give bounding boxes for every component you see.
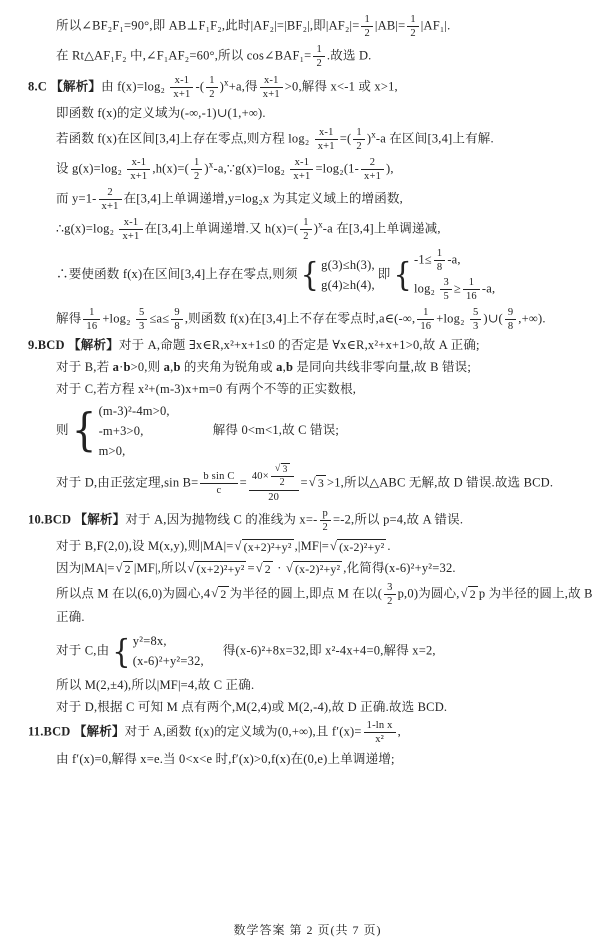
fraction-denominator: x+1 (119, 230, 142, 243)
fraction-denominator: 2 (313, 57, 324, 70)
radicand: 2 (123, 561, 133, 577)
bold-text: a (164, 360, 170, 374)
square-root: √2 (211, 586, 228, 602)
bold-text: b (286, 360, 293, 374)
text-line: ∴要使函数 f(x)在区间[3,4]上存在零点,则须{g(3)≤h(3),g(4… (28, 247, 599, 304)
fraction: 98 (505, 306, 516, 333)
left-brace: { (393, 250, 412, 300)
fraction-numerator: 2 (99, 186, 122, 200)
radicand: (x+2)²+y² (194, 561, 246, 577)
fraction-denominator: 8 (171, 320, 182, 333)
text-line: 设 g(x)=log₂ x-1x+1,h(x)=(12)x-a,∵g(x)=lo… (28, 156, 599, 183)
fraction-numerator: 1 (463, 276, 480, 290)
fraction-denominator: 2 (271, 477, 294, 490)
fraction-numerator: p (320, 507, 331, 521)
superscript: x (318, 220, 323, 230)
fraction-denominator: x+1 (170, 88, 193, 101)
fraction-denominator: x+1 (260, 88, 283, 101)
fraction-denominator: 8 (434, 261, 445, 274)
fraction: 12 (191, 156, 202, 183)
fraction-numerator: 3 (384, 581, 395, 595)
equation-system-row: -1≤18-a, (414, 247, 495, 274)
fraction-numerator: 5 (136, 306, 147, 320)
left-brace: { (112, 626, 131, 676)
fraction-denominator: 8 (505, 320, 516, 333)
square-root: √2 (256, 561, 273, 577)
fraction: 116 (83, 306, 100, 333)
text-line: 则{(m-3)²-4m>0,-m+3>0,m>0,解得 0<m<1,故 C 错误… (28, 402, 599, 460)
fraction-denominator: 2 (384, 595, 395, 608)
bold-text: b (123, 360, 130, 374)
text-line: 所以∠BF₂F₁=90°,即 AB⊥F₁F₂,此时|AF₂|=|BF₂|,即|A… (28, 13, 599, 40)
fraction: x-1x+1 (127, 156, 150, 183)
fraction-denominator: c (200, 484, 237, 497)
fraction-denominator: x+1 (127, 170, 150, 183)
fraction-denominator: 2 (206, 88, 217, 101)
radical-sign-icon: √ (187, 561, 194, 576)
fraction-numerator: 3 (440, 276, 451, 290)
superscript: x (209, 159, 214, 169)
radicand: 3 (281, 463, 290, 476)
bold-text: 11.BCD 【解析】 (28, 725, 125, 739)
radical-sign-icon: √ (309, 475, 316, 490)
fraction-denominator: x+1 (315, 140, 338, 153)
text-line: 所以点 M 在以(6,0)为圆心,4√2为半径的圆上,即点 M 在以(32p,0… (28, 581, 599, 627)
bold-text: a (113, 360, 119, 374)
equation-system-row: m>0, (99, 442, 170, 460)
text-line: 对于 B,F(2,0),设 M(x,y),则|MA|=√(x+2)²+y²,|M… (28, 537, 599, 556)
fraction-denominator: 2 (407, 27, 418, 40)
fraction-denominator: x+1 (99, 200, 122, 213)
fraction-numerator: x-1 (260, 74, 283, 88)
bold-text: 9.BCD 【解析】 (28, 338, 119, 352)
fraction-numerator: x-1 (127, 156, 150, 170)
fraction-numerator: x-1 (290, 156, 313, 170)
left-brace: { (72, 397, 97, 464)
fraction-denominator: 2 (361, 27, 372, 40)
fraction: 18 (434, 247, 445, 274)
fraction: 35 (440, 276, 451, 303)
left-brace: { (301, 250, 320, 300)
fraction: p2 (320, 507, 331, 534)
equation-system: {g(3)≤h(3),g(4)≥h(4), (301, 253, 375, 296)
square-root: √3 (309, 475, 326, 491)
fraction: x-1x+1 (315, 126, 338, 153)
text-line: 若函数 f(x)在区间[3,4]上存在零点,则方程 log₂ x-1x+1=(1… (28, 126, 599, 153)
superscript: x (371, 129, 376, 139)
fraction-denominator: x² (364, 733, 396, 746)
bold-text: 10.BCD 【解析】 (28, 512, 125, 526)
fraction-numerator: 40×√32 (249, 463, 299, 491)
fraction-denominator: 2 (320, 521, 331, 534)
text-line: 对于 B,若 a·b>0,则 a,b 的夹角为锐角或 a,b 是同向共线非零向量… (28, 358, 599, 377)
fraction-denominator: 2 (353, 140, 364, 153)
radicand: (x-2)²+y² (337, 539, 386, 555)
square-root: √3 (275, 463, 290, 476)
fraction-denominator: 20 (249, 491, 299, 504)
radicand: 2 (218, 586, 228, 602)
equation-system-row: (x-6)²+y²=32, (133, 652, 204, 670)
text-line: 而 y=1-2x+1在[3,4]上单调递增,y=log₂x 为其定义域上的增函数… (28, 186, 599, 213)
fraction: b sin Cc (200, 470, 237, 497)
fraction: √32 (271, 463, 294, 490)
fraction-numerator: 1 (206, 74, 217, 88)
fraction-denominator: 16 (417, 320, 434, 333)
radical-sign-icon: √ (330, 539, 337, 554)
radical-sign-icon: √ (235, 539, 242, 554)
fraction: 12 (313, 43, 324, 70)
bold-text: a (276, 360, 282, 374)
text-line: 所以 M(2,±4),所以|MF|=4,故 C 正确. (28, 676, 599, 695)
fraction: x-1x+1 (260, 74, 283, 101)
fraction-numerator: 9 (171, 306, 182, 320)
fraction: 2x+1 (99, 186, 122, 213)
radicand: 2 (468, 586, 478, 602)
fraction: 12 (353, 126, 364, 153)
radicand: 2 (263, 561, 273, 577)
fraction-denominator: 2 (300, 230, 311, 243)
equation-system-column: (m-3)²-4m>0,-m+3>0,m>0, (99, 402, 170, 460)
text-line: 在 Rt△AF₁F₂ 中,∠F₁AF₂=60°,所以 cos∠BAF₁=12.故… (28, 43, 599, 70)
fraction-numerator: √3 (271, 463, 294, 477)
equation-system: {y²=8x,(x-6)²+y²=32, (112, 630, 204, 673)
fraction-numerator: 1 (313, 43, 324, 57)
page-footer: 数学答案 第 2 页(共 7 页) (0, 921, 615, 938)
fraction: 116 (417, 306, 434, 333)
equation-system-row: (m-3)²-4m>0, (99, 402, 170, 420)
radical-sign-icon: √ (286, 561, 293, 576)
fraction: 12 (407, 13, 418, 40)
fraction-denominator: x+1 (361, 170, 384, 183)
radicand: (x-2)²+y² (293, 561, 342, 577)
text-line: 对于 D,由正弦定理,sin B=b sin Cc=40×√3220=√3>1,… (28, 463, 599, 504)
fraction: 98 (171, 306, 182, 333)
equation-system-row: -m+3>0, (99, 422, 170, 440)
radical-sign-icon: √ (256, 561, 263, 576)
fraction-numerator: 1 (361, 13, 372, 27)
equation-system-row: g(4)≥h(4), (321, 276, 375, 294)
fraction-denominator: 3 (136, 320, 147, 333)
bold-text: 8.C 【解析】 (28, 79, 101, 93)
fraction-numerator: x-1 (315, 126, 338, 140)
equation-system-row: log₂ 35≥116-a, (414, 276, 495, 303)
text-line: 解得116+log₂ 53≤a≤98,则函数 f(x)在[3,4]上不存在零点时… (28, 306, 599, 333)
radical-sign-icon: √ (461, 586, 468, 601)
equation-system-row: y²=8x, (133, 632, 204, 650)
text-line: 10.BCD 【解析】对于 A,因为抛物线 C 的准线为 x=-p2=-2,所以… (28, 507, 599, 534)
square-root: √(x+2)²+y² (235, 539, 294, 555)
superscript: x (224, 77, 229, 87)
fraction: 32 (384, 581, 395, 608)
square-root: √(x-2)²+y² (330, 539, 386, 555)
fraction-numerator: x-1 (170, 74, 193, 88)
fraction-denominator: 16 (83, 320, 100, 333)
fraction: 116 (463, 276, 480, 303)
equation-system-column: g(3)≤h(3),g(4)≥h(4), (321, 256, 375, 294)
fraction: 53 (470, 306, 481, 333)
equation-system-column: y²=8x,(x-6)²+y²=32, (133, 632, 204, 670)
equation-system: {-1≤18-a,log₂ 35≥116-a, (393, 247, 495, 304)
fraction-numerator: 1-ln x (364, 719, 396, 733)
square-root: √(x-2)²+y² (286, 561, 342, 577)
text-line: 对于 C,若方程 x²+(m-3)x+m=0 有两个不等的正实数根, (28, 380, 599, 399)
fraction: 12 (300, 216, 311, 243)
fraction-numerator: b sin C (200, 470, 237, 484)
fraction-denominator: 16 (463, 290, 480, 303)
fraction-denominator: 2 (191, 170, 202, 183)
fraction: 2x+1 (361, 156, 384, 183)
fraction: 1-ln xx² (364, 719, 396, 746)
fraction-numerator: 1 (407, 13, 418, 27)
text-line: 9.BCD 【解析】对于 A,命题 ∃x∈R,x²+x+1≤0 的否定是 ∀x∈… (28, 336, 599, 355)
fraction-numerator: 1 (300, 216, 311, 230)
square-root: √2 (116, 561, 133, 577)
radicand: 3 (316, 475, 326, 491)
fraction: 12 (206, 74, 217, 101)
text-line: 11.BCD 【解析】对于 A,函数 f(x)的定义域为(0,+∞),且 f′(… (28, 719, 599, 746)
text-line: 即函数 f(x)的定义域为(-∞,-1)∪(1,+∞). (28, 104, 599, 123)
text-line: ∴g(x)=log₂ x-1x+1在[3,4]上单调递增.又 h(x)=(12)… (28, 216, 599, 243)
fraction-numerator: x-1 (119, 216, 142, 230)
radicand: (x+2)²+y² (242, 539, 294, 555)
fraction-numerator: 2 (361, 156, 384, 170)
answer-sheet-page: 所以∠BF₂F₁=90°,即 AB⊥F₁F₂,此时|AF₂|=|BF₂|,即|A… (0, 0, 615, 950)
fraction: x-1x+1 (119, 216, 142, 243)
fraction: x-1x+1 (290, 156, 313, 183)
bold-text: b (173, 360, 180, 374)
fraction: 53 (136, 306, 147, 333)
fraction-numerator: 1 (83, 306, 100, 320)
fraction-numerator: 1 (434, 247, 445, 261)
equation-system-column: -1≤18-a,log₂ 35≥116-a, (414, 247, 495, 304)
fraction-numerator: 1 (353, 126, 364, 140)
text-line: 对于 C,由{y²=8x,(x-6)²+y²=32,得(x-6)²+8x=32,… (28, 630, 599, 673)
equation-system: {(m-3)²-4m>0,-m+3>0,m>0, (72, 402, 170, 460)
radical-sign-icon: √ (211, 586, 218, 601)
square-root: √(x+2)²+y² (187, 561, 246, 577)
fraction-numerator: 5 (470, 306, 481, 320)
square-root: √2 (461, 586, 478, 602)
text-line: 因为|MA|=√2|MF|,所以√(x+2)²+y²=√2 · √(x-2)²+… (28, 559, 599, 578)
radical-sign-icon: √ (116, 561, 123, 576)
text-line: 对于 D,根据 C 可知 M 点有两个,M(2,4)或 M(2,-4),故 D … (28, 698, 599, 717)
text-line: 8.C 【解析】由 f(x)=log₂ x-1x+1-(12)x+a,得x-1x… (28, 74, 599, 101)
text-line: 由 f′(x)=0,解得 x=e.当 0<x<e 时,f′(x)>0,f(x)在… (28, 750, 599, 769)
fraction-numerator: 9 (505, 306, 516, 320)
fraction-numerator: 1 (191, 156, 202, 170)
document-body: 所以∠BF₂F₁=90°,即 AB⊥F₁F₂,此时|AF₂|=|BF₂|,即|A… (28, 13, 599, 768)
fraction-denominator: 5 (440, 290, 451, 303)
fraction: 40×√3220 (249, 463, 299, 504)
fraction: 12 (361, 13, 372, 40)
equation-system-row: g(3)≤h(3), (321, 256, 375, 274)
fraction: x-1x+1 (170, 74, 193, 101)
fraction-denominator: 3 (470, 320, 481, 333)
fraction-denominator: x+1 (290, 170, 313, 183)
fraction-numerator: 1 (417, 306, 434, 320)
